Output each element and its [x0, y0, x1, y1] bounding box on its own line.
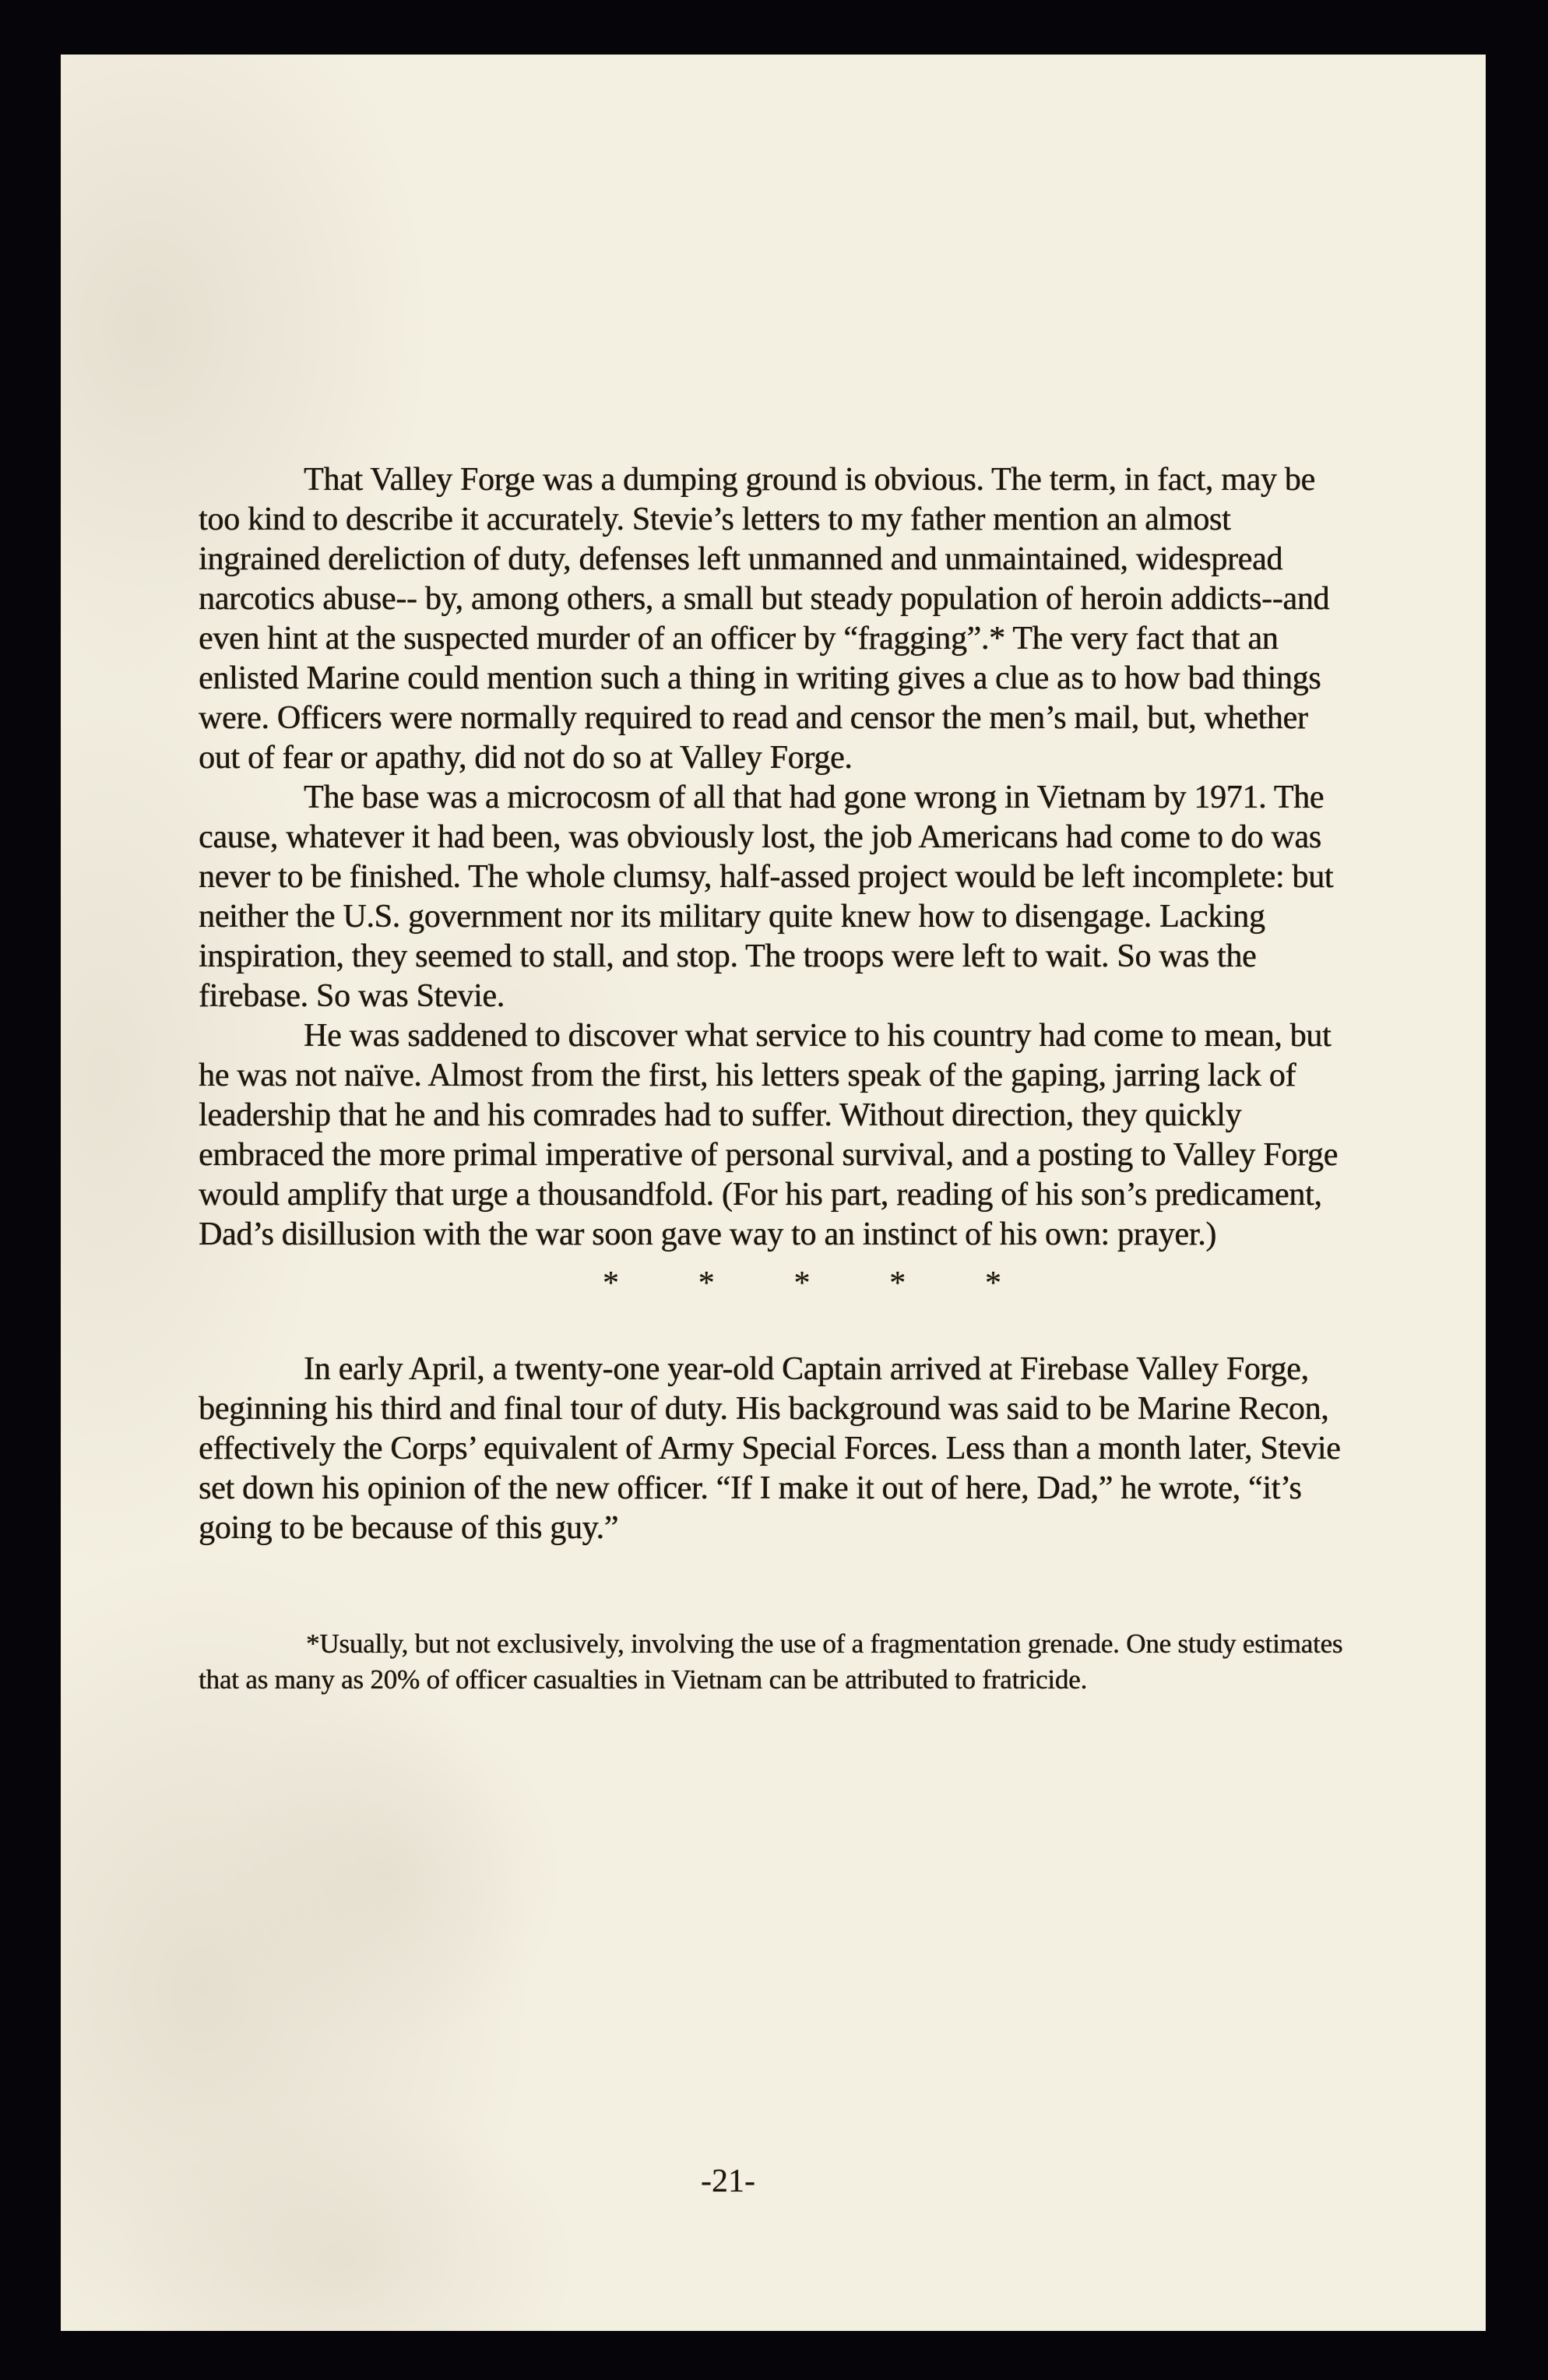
footnote: *Usually, but not exclusively, involving… — [199, 1626, 1406, 1698]
body-line: out of fear or apathy, did not do so at … — [199, 738, 1406, 778]
body-paragraph: The base was a microcosm of all that had… — [199, 778, 1406, 1016]
body-line: he was not naïve. Almost from the first,… — [199, 1056, 1406, 1096]
asterisk: * — [794, 1264, 811, 1304]
body-line: set down his opinion of the new officer.… — [199, 1469, 1406, 1509]
body-line: leadership that he and his comrades had … — [199, 1096, 1406, 1135]
body-line: neither the U.S. government nor its mili… — [199, 897, 1406, 937]
body-paragraph: That Valley Forge was a dumping ground i… — [199, 460, 1406, 778]
body-paragraph: He was saddened to discover what service… — [199, 1016, 1406, 1255]
body-line: going to be because of this guy.” — [199, 1509, 1406, 1548]
body-line: He was saddened to discover what service… — [199, 1016, 1406, 1056]
body-line: even hint at the suspected murder of an … — [199, 619, 1406, 659]
body-line: narcotics abuse-- by, among others, a sm… — [199, 579, 1406, 619]
body-line: cause, whatever it had been, was obvious… — [199, 818, 1406, 857]
body-line: Dad’s disillusion with the war soon gave… — [199, 1215, 1406, 1255]
body-line: firebase. So was Stevie. — [199, 977, 1406, 1016]
body-line: ingrained dereliction of duty, defenses … — [199, 540, 1406, 579]
body-line: In early April, a twenty-one year-old Ca… — [199, 1350, 1406, 1389]
asterisk: * — [985, 1264, 1001, 1304]
body-line: too kind to describe it accurately. Stev… — [199, 500, 1406, 540]
asterisk: * — [603, 1264, 619, 1304]
asterisk: * — [889, 1264, 906, 1304]
body-line: embraced the more primal imperative of p… — [199, 1135, 1406, 1175]
footnote-line: that as many as 20% of officer casualtie… — [199, 1662, 1406, 1698]
text-column: That Valley Forge was a dumping ground i… — [199, 460, 1406, 2202]
body-line: That Valley Forge was a dumping ground i… — [199, 460, 1406, 500]
body-line: would amplify that urge a thousandfold. … — [199, 1175, 1406, 1215]
asterisk: * — [698, 1264, 715, 1304]
body-line: enlisted Marine could mention such a thi… — [199, 659, 1406, 699]
body-line: inspiration, they seemed to stall, and s… — [199, 937, 1406, 977]
body-line: The base was a microcosm of all that had… — [199, 778, 1406, 818]
section-separator: * * * * * — [603, 1264, 1001, 1304]
body-line: never to be finished. The whole clumsy, … — [199, 857, 1406, 897]
page-number: -21- — [125, 2162, 1332, 2202]
body-line: effectively the Corps’ equivalent of Arm… — [199, 1429, 1406, 1469]
body-line: were. Officers were normally required to… — [199, 699, 1406, 738]
scanned-page: That Valley Forge was a dumping ground i… — [61, 55, 1486, 2331]
body-line: beginning his third and final tour of du… — [199, 1389, 1406, 1429]
body-paragraph: In early April, a twenty-one year-old Ca… — [199, 1350, 1406, 1548]
footnote-line: *Usually, but not exclusively, involving… — [199, 1626, 1406, 1662]
